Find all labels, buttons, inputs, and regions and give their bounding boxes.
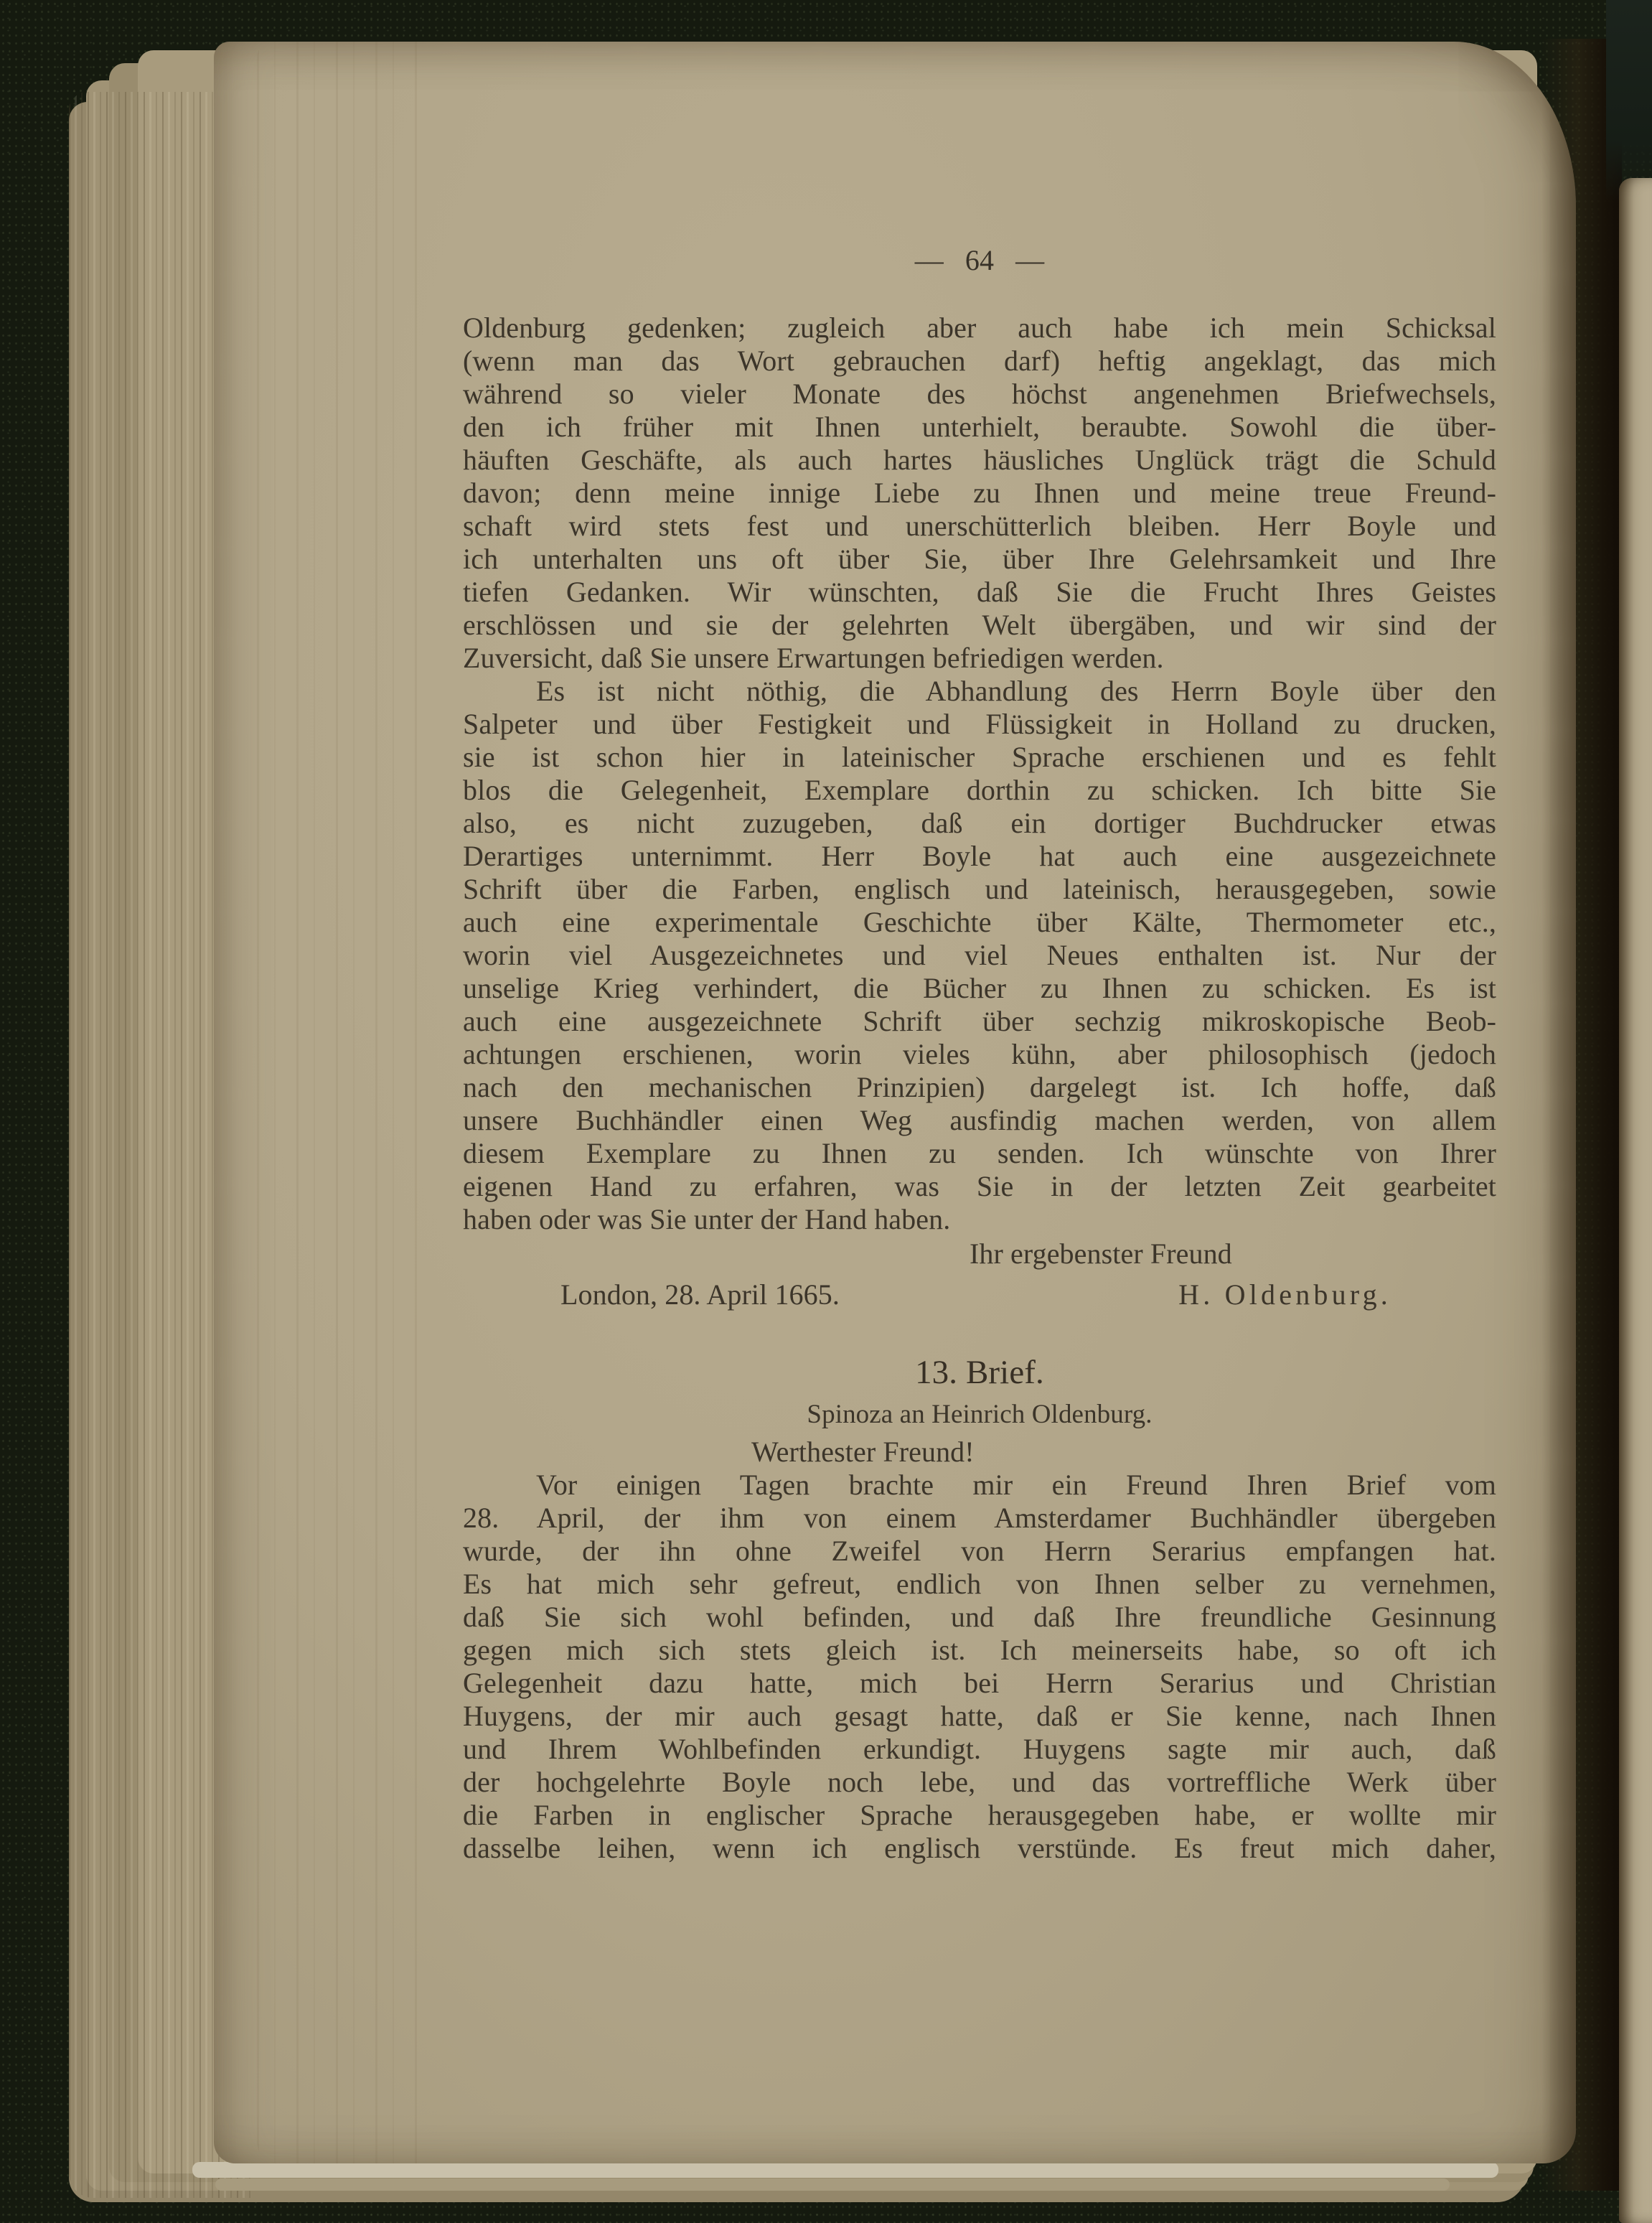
text-line: also, es nicht zuzugeben, daß ein dortig… <box>463 807 1496 840</box>
text-line: nach den mechanischen Prinzipien) dargel… <box>463 1071 1496 1104</box>
text-line: häuften Geschäfte, als auch hartes häusl… <box>463 444 1496 477</box>
text-line: gegen mich sich stets gleich ist. Ich me… <box>463 1634 1496 1667</box>
text-line: tiefen Gedanken. Wir wünschten, daß Sie … <box>463 576 1496 609</box>
text-line: Oldenburg gedenken; zugleich aber auch h… <box>463 312 1496 345</box>
text-line: achtungen erschienen, worin vieles kühn,… <box>463 1038 1496 1071</box>
letter13-subheading: Spinoza an Heinrich Oldenburg. <box>463 1399 1496 1430</box>
text-line: Zuversicht, daß Sie unsere Erwartungen b… <box>463 642 1496 675</box>
text-line: unselige Krieg verhindert, die Bücher zu… <box>463 972 1496 1005</box>
letter12-paragraph-1: Oldenburg gedenken; zugleich aber auch h… <box>463 312 1496 675</box>
text-line: (wenn man das Wort gebrauchen darf) heft… <box>463 345 1496 378</box>
text-line: dasselbe leihen, wenn ich englisch verst… <box>463 1832 1496 1865</box>
text-line: davon; denn meine innige Liebe zu Ihnen … <box>463 477 1496 510</box>
text-column: —64— Oldenburg gedenken; zugleich aber a… <box>463 42 1496 1865</box>
header-dash: — <box>915 244 944 276</box>
text-line: Huygens, der mir auch gesagt hatte, daß … <box>463 1700 1496 1733</box>
text-line: diesem Exemplare zu Ihnen zu senden. Ich… <box>463 1137 1496 1170</box>
text-line: Es hat mich sehr gefreut, endlich von Ih… <box>463 1568 1496 1601</box>
paper-creases <box>257 42 422 2163</box>
book-page: —64— Oldenburg gedenken; zugleich aber a… <box>214 42 1576 2163</box>
text-line: die Farben in englischer Sprache herausg… <box>463 1799 1496 1832</box>
text-line: wurde, der ihn ohne Zweifel von Herrn Se… <box>463 1535 1496 1568</box>
text-line: während so vieler Monate des höchst ange… <box>463 378 1496 411</box>
gutter-shadow <box>1541 39 1622 2191</box>
text-line: Vor einigen Tagen brachte mir ein Freund… <box>463 1469 1496 1502</box>
text-line: auch eine ausgezeichnete Schrift über se… <box>463 1005 1496 1038</box>
bottom-page-edges <box>192 2162 1498 2178</box>
letter13-heading: 13. Brief. <box>463 1353 1496 1392</box>
text-line: den ich früher mit Ihnen unterhielt, ber… <box>463 411 1496 444</box>
text-line: Salpeter und über Festigkeit und Flüssig… <box>463 708 1496 741</box>
letter13-salutation: Werthester Freund! <box>463 1436 1496 1469</box>
text-line: der hochgelehrte Boyle noch lebe, und da… <box>463 1766 1496 1799</box>
letter12-place-date: London, 28. April 1665. <box>560 1278 840 1311</box>
text-line: Gelegenheit dazu hatte, mich bei Herrn S… <box>463 1667 1496 1700</box>
letter12-closing: Ihr ergebenster Freund <box>463 1237 1496 1270</box>
text-line: ich unterhalten uns oft über Sie, über I… <box>463 543 1496 576</box>
text-line: Derartiges unternimmt. Herr Boyle hat au… <box>463 840 1496 873</box>
text-line: erschlössen und sie der gelehrten Welt ü… <box>463 609 1496 642</box>
letter13-paragraph-1: Vor einigen Tagen brachte mir ein Freund… <box>463 1469 1496 1865</box>
page-number: 64 <box>965 244 994 276</box>
facing-page-edge <box>1619 178 1652 2223</box>
text-line: unsere Buchhändler einen Weg ausfindig m… <box>463 1104 1496 1137</box>
text-line: und Ihrem Wohlbefinden erkundigt. Huygen… <box>463 1733 1496 1766</box>
page-number-header: —64— <box>463 244 1496 277</box>
text-line: sie ist schon hier in lateinischer Sprac… <box>463 741 1496 774</box>
text-line: 28. April, der ihm von einem Amsterdamer… <box>463 1502 1496 1535</box>
text-line: auch eine experimentale Geschichte über … <box>463 906 1496 939</box>
text-line: blos die Gelegenheit, Exemplare dorthin … <box>463 774 1496 807</box>
text-line: Schrift über die Farben, englisch und la… <box>463 873 1496 906</box>
text-line: eigenen Hand zu erfahren, was Sie in der… <box>463 1170 1496 1203</box>
text-line: Es ist nicht nöthig, die Abhandlung des … <box>463 675 1496 708</box>
letter12-signature-row: London, 28. April 1665. H. Oldenburg. <box>463 1278 1496 1311</box>
text-line: schaft wird stets fest und unerschütterl… <box>463 510 1496 543</box>
header-dash: — <box>1015 244 1044 276</box>
text-line: worin viel Ausgezeichnetes und viel Neue… <box>463 939 1496 972</box>
bottom-page-edges <box>215 2178 1450 2191</box>
letter12-signature: H. Oldenburg. <box>1178 1278 1391 1311</box>
letter12-paragraph-2: Es ist nicht nöthig, die Abhandlung des … <box>463 675 1496 1236</box>
book-photo-scene: —64— Oldenburg gedenken; zugleich aber a… <box>0 0 1652 2223</box>
text-line: haben oder was Sie unter der Hand haben. <box>463 1203 1496 1236</box>
text-line: daß Sie sich wohl befinden, und daß Ihre… <box>463 1601 1496 1634</box>
spine-shadow <box>1606 0 1652 201</box>
